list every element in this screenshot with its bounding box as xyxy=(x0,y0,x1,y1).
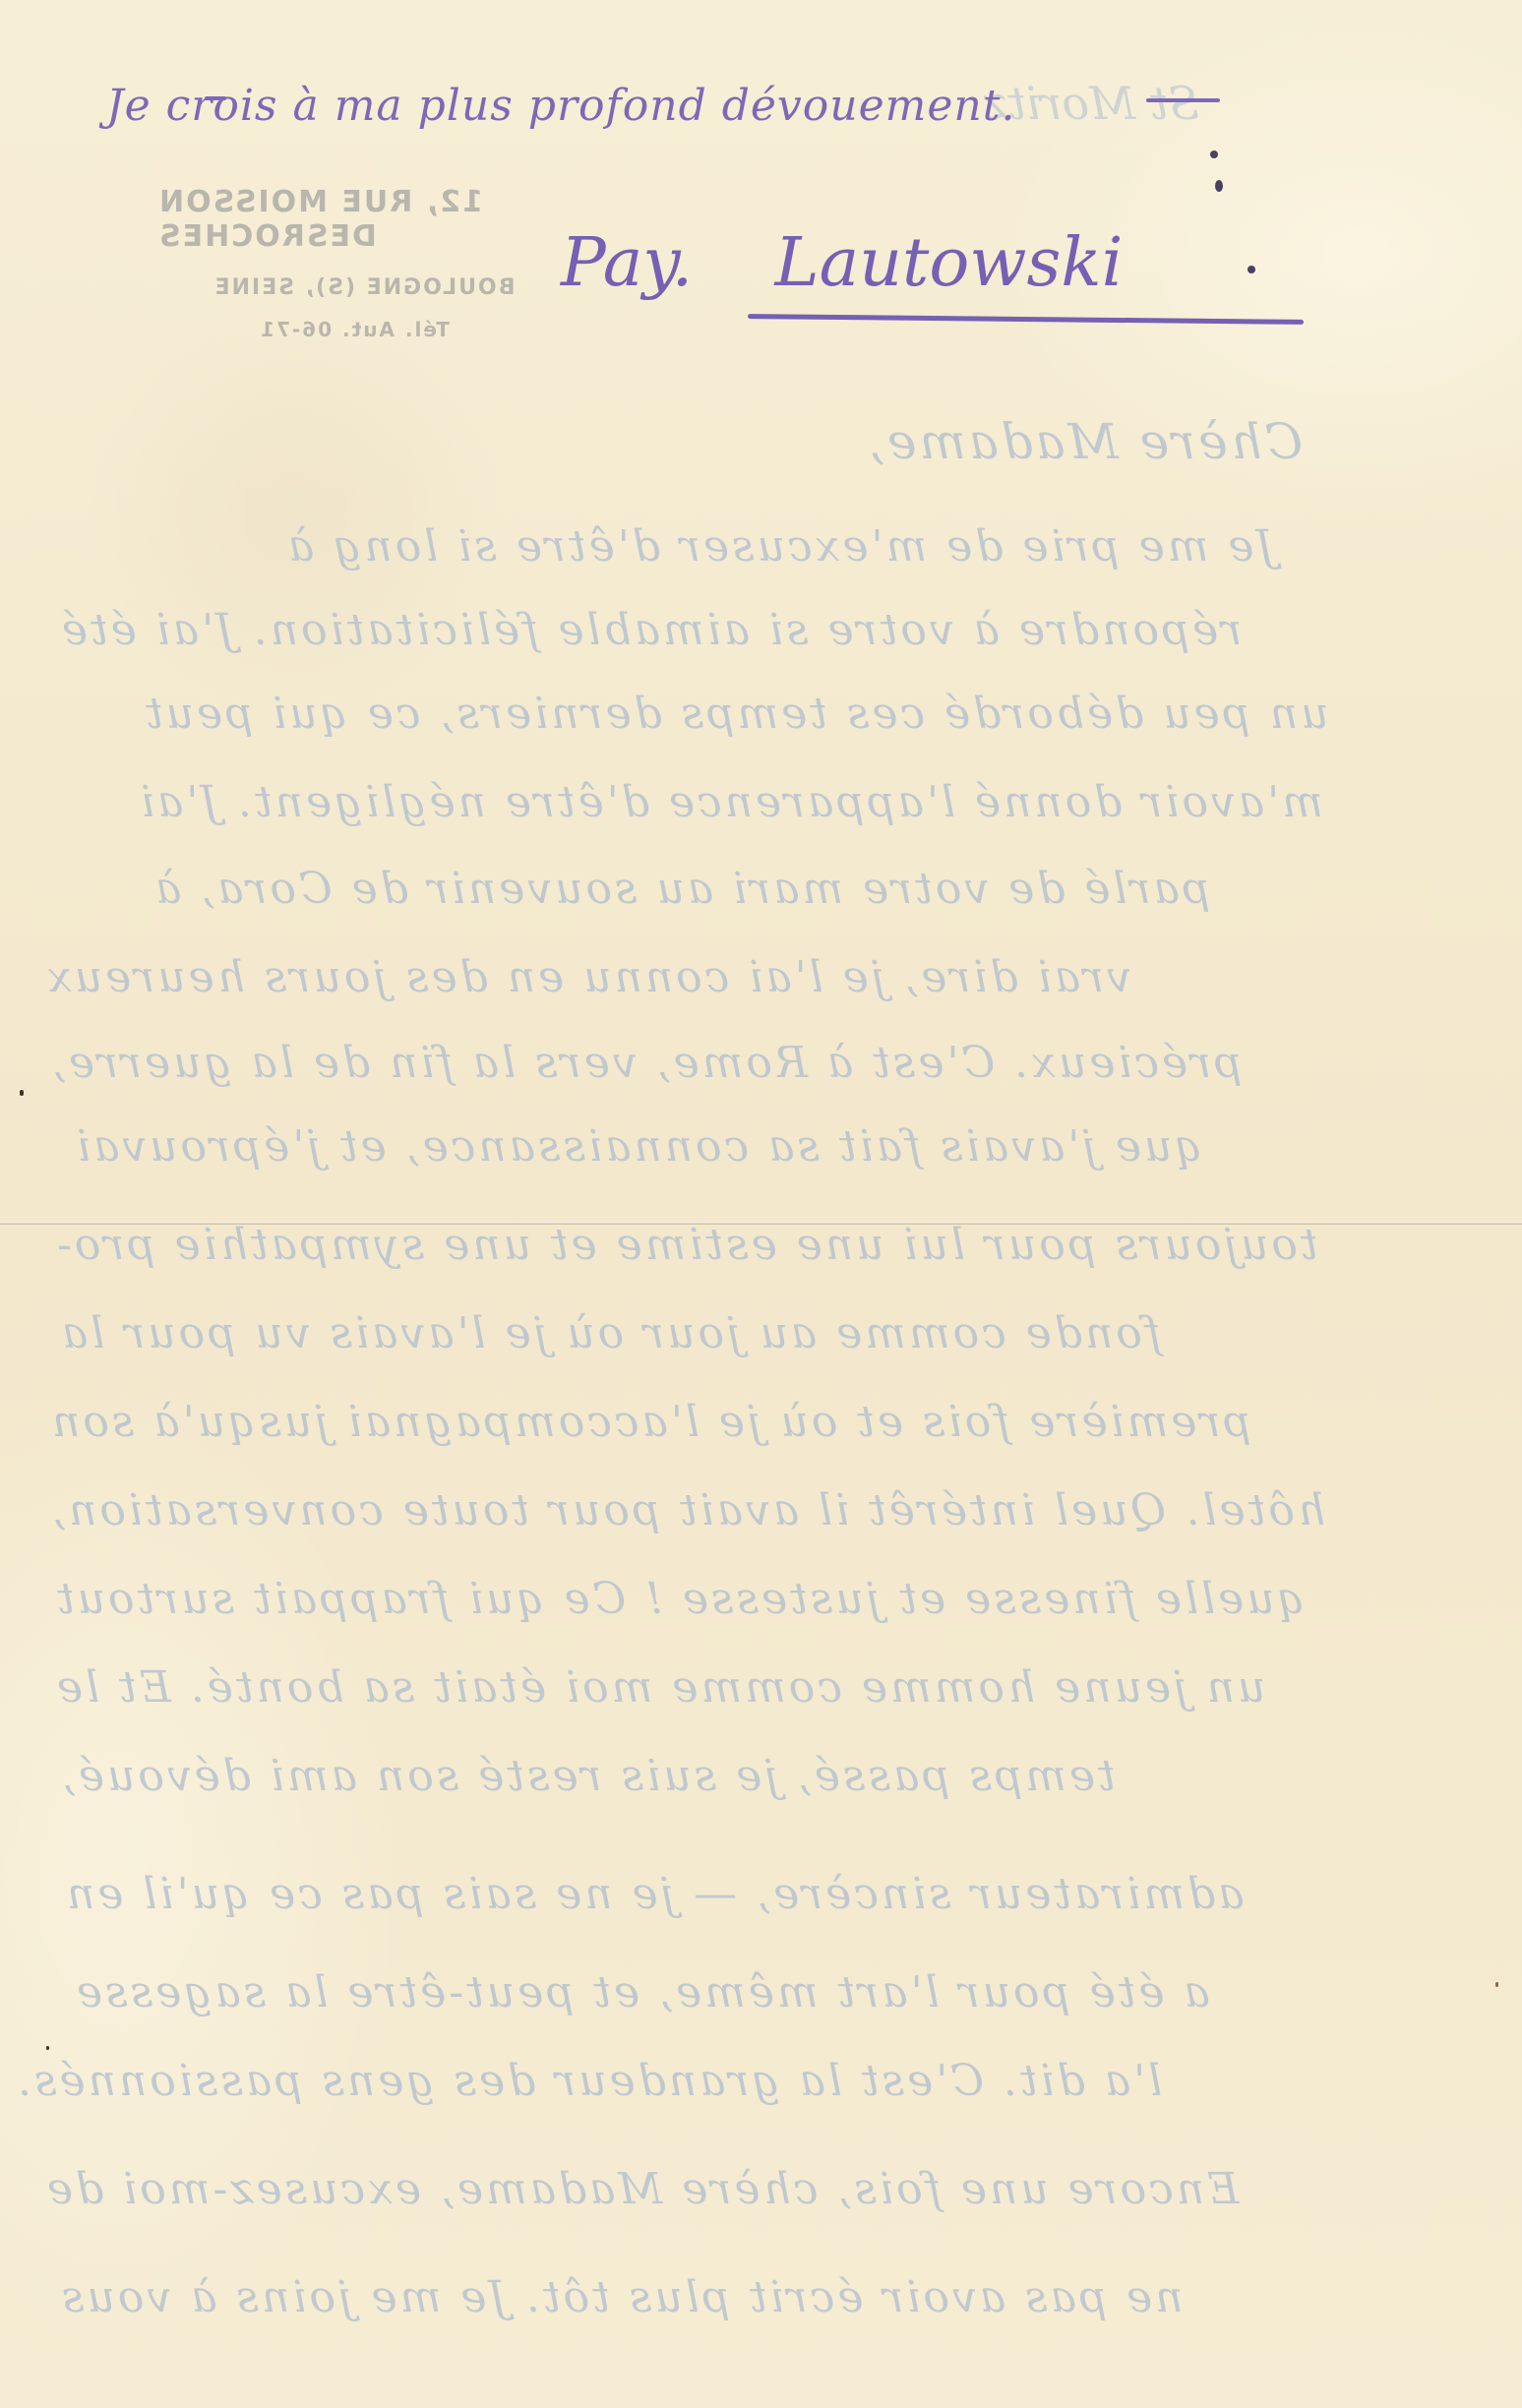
body-line: temps passé, je suis resté son ami dévou… xyxy=(59,1751,1116,1801)
body-line: Je me prie de m'excuser d'être si long à xyxy=(285,521,1274,572)
body-line: répondre à votre si aimable félicitation… xyxy=(59,605,1242,655)
body-line: que j'avais fait sa connaissance, et j'é… xyxy=(74,1121,1202,1172)
body-line: parlé de votre mari au souvenir de Cora,… xyxy=(152,864,1210,914)
ink-speck xyxy=(20,1090,24,1096)
body-line: vrai dire, je l'ai connu en des jours he… xyxy=(44,952,1131,1002)
paper-fold-crease xyxy=(0,1222,1522,1225)
body-line: a été pour l'art même, et peut-être la s… xyxy=(74,1967,1210,2017)
body-line: première fois et où je l'accompagnai jus… xyxy=(49,1397,1251,1447)
body-line: toujours pour lui une estime et une symp… xyxy=(54,1220,1318,1270)
ink-speck xyxy=(1495,1982,1498,1987)
body-line: fonde comme au jour où je l'avais vu pou… xyxy=(59,1308,1161,1358)
bleed-through-body: Chère Madame, Je me prie de m'excuser d'… xyxy=(0,0,1522,2408)
ink-speck xyxy=(46,2046,49,2050)
body-line: quelle finesse et justesse ! Ce qui frap… xyxy=(54,1574,1306,1624)
body-line: l'a dit. C'est la grandeur des gens pass… xyxy=(15,2056,1162,2106)
body-line: hôtel. Quel intérêt il avait pour toute … xyxy=(49,1485,1325,1535)
body-line: admirateur sincère, — je ne sais pas ce … xyxy=(64,1869,1244,1919)
body-line: précieux. C'est à Rome, vers la fin de l… xyxy=(49,1038,1242,1088)
body-line: un jeune homme comme moi était sa bonté.… xyxy=(54,1662,1265,1713)
body-line: ne pas avoir écrit plus tôt. Je me joins… xyxy=(59,2272,1183,2322)
salutation: Chère Madame, xyxy=(866,413,1303,470)
body-line: m'avoir donné l'apparence d'être néglige… xyxy=(138,777,1323,827)
letter-page: St Moritz 12, RUE MOISSON DESROCHES BOUL… xyxy=(0,0,1522,2408)
body-line: un peu débordé ces temps derniers, ce qu… xyxy=(143,689,1328,739)
body-line: Encore une fois, chère Madame, excusez-m… xyxy=(44,2164,1239,2214)
